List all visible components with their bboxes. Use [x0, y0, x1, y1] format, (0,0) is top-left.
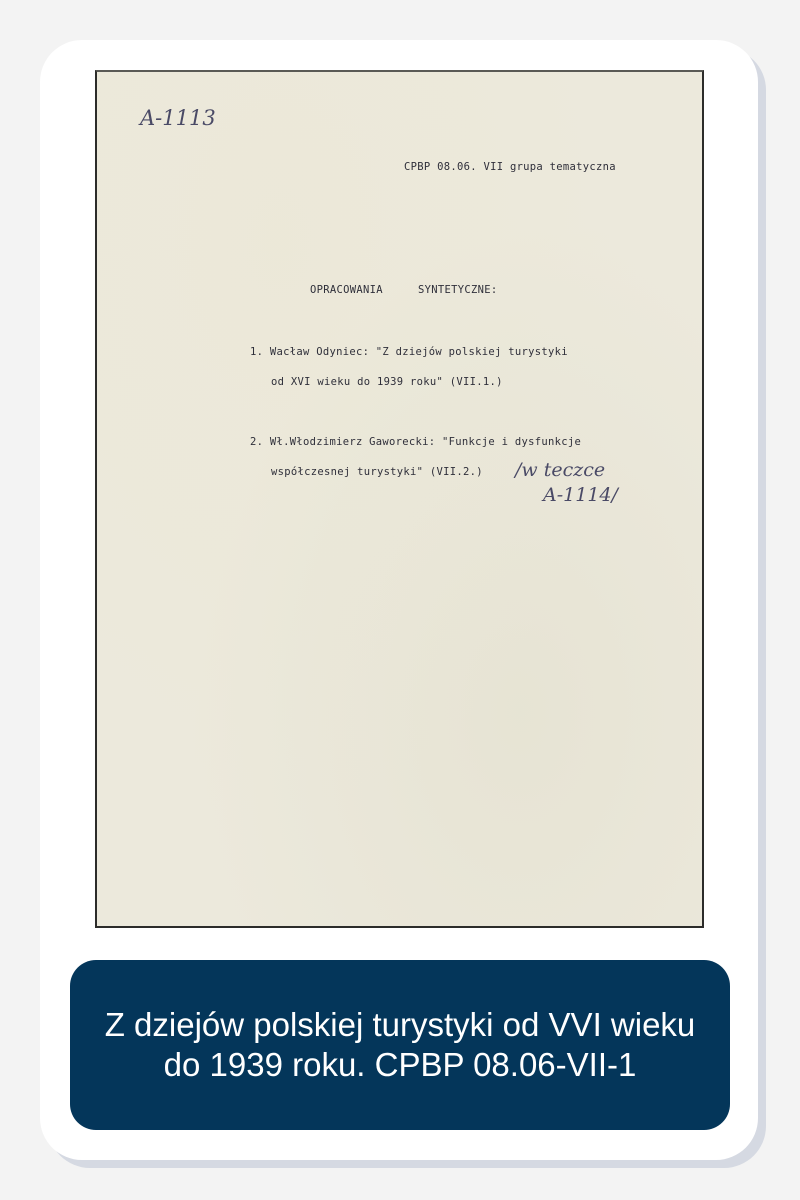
handwritten-note-line2: A-1114/	[543, 484, 618, 506]
section-title-part1: OPRACOWANIA	[310, 284, 383, 296]
document-header: CPBP 08.06. VII grupa tematyczna	[404, 161, 616, 173]
list-item-2-line1: 2. Wł.Włodzimierz Gaworecki: "Funkcje i …	[250, 436, 581, 448]
list-item-1-line1: 1. Wacław Odyniec: "Z dziejów polskiej t…	[250, 346, 568, 358]
section-title-part2: SYNTETYCZNE:	[418, 284, 497, 296]
caption-title: Z dziejów polskiej turystyki od VVI wiek…	[100, 1005, 700, 1085]
list-item-2-line2: współczesnej turystyki" (VII.2.)	[271, 466, 483, 478]
caption-banner: Z dziejów polskiej turystyki od VVI wiek…	[70, 960, 730, 1130]
handwritten-reference: A-1113	[140, 106, 216, 130]
list-item-1-line2: od XVI wieku do 1939 roku" (VII.1.)	[271, 376, 503, 388]
handwritten-note-line1: /w teczce	[515, 459, 605, 481]
